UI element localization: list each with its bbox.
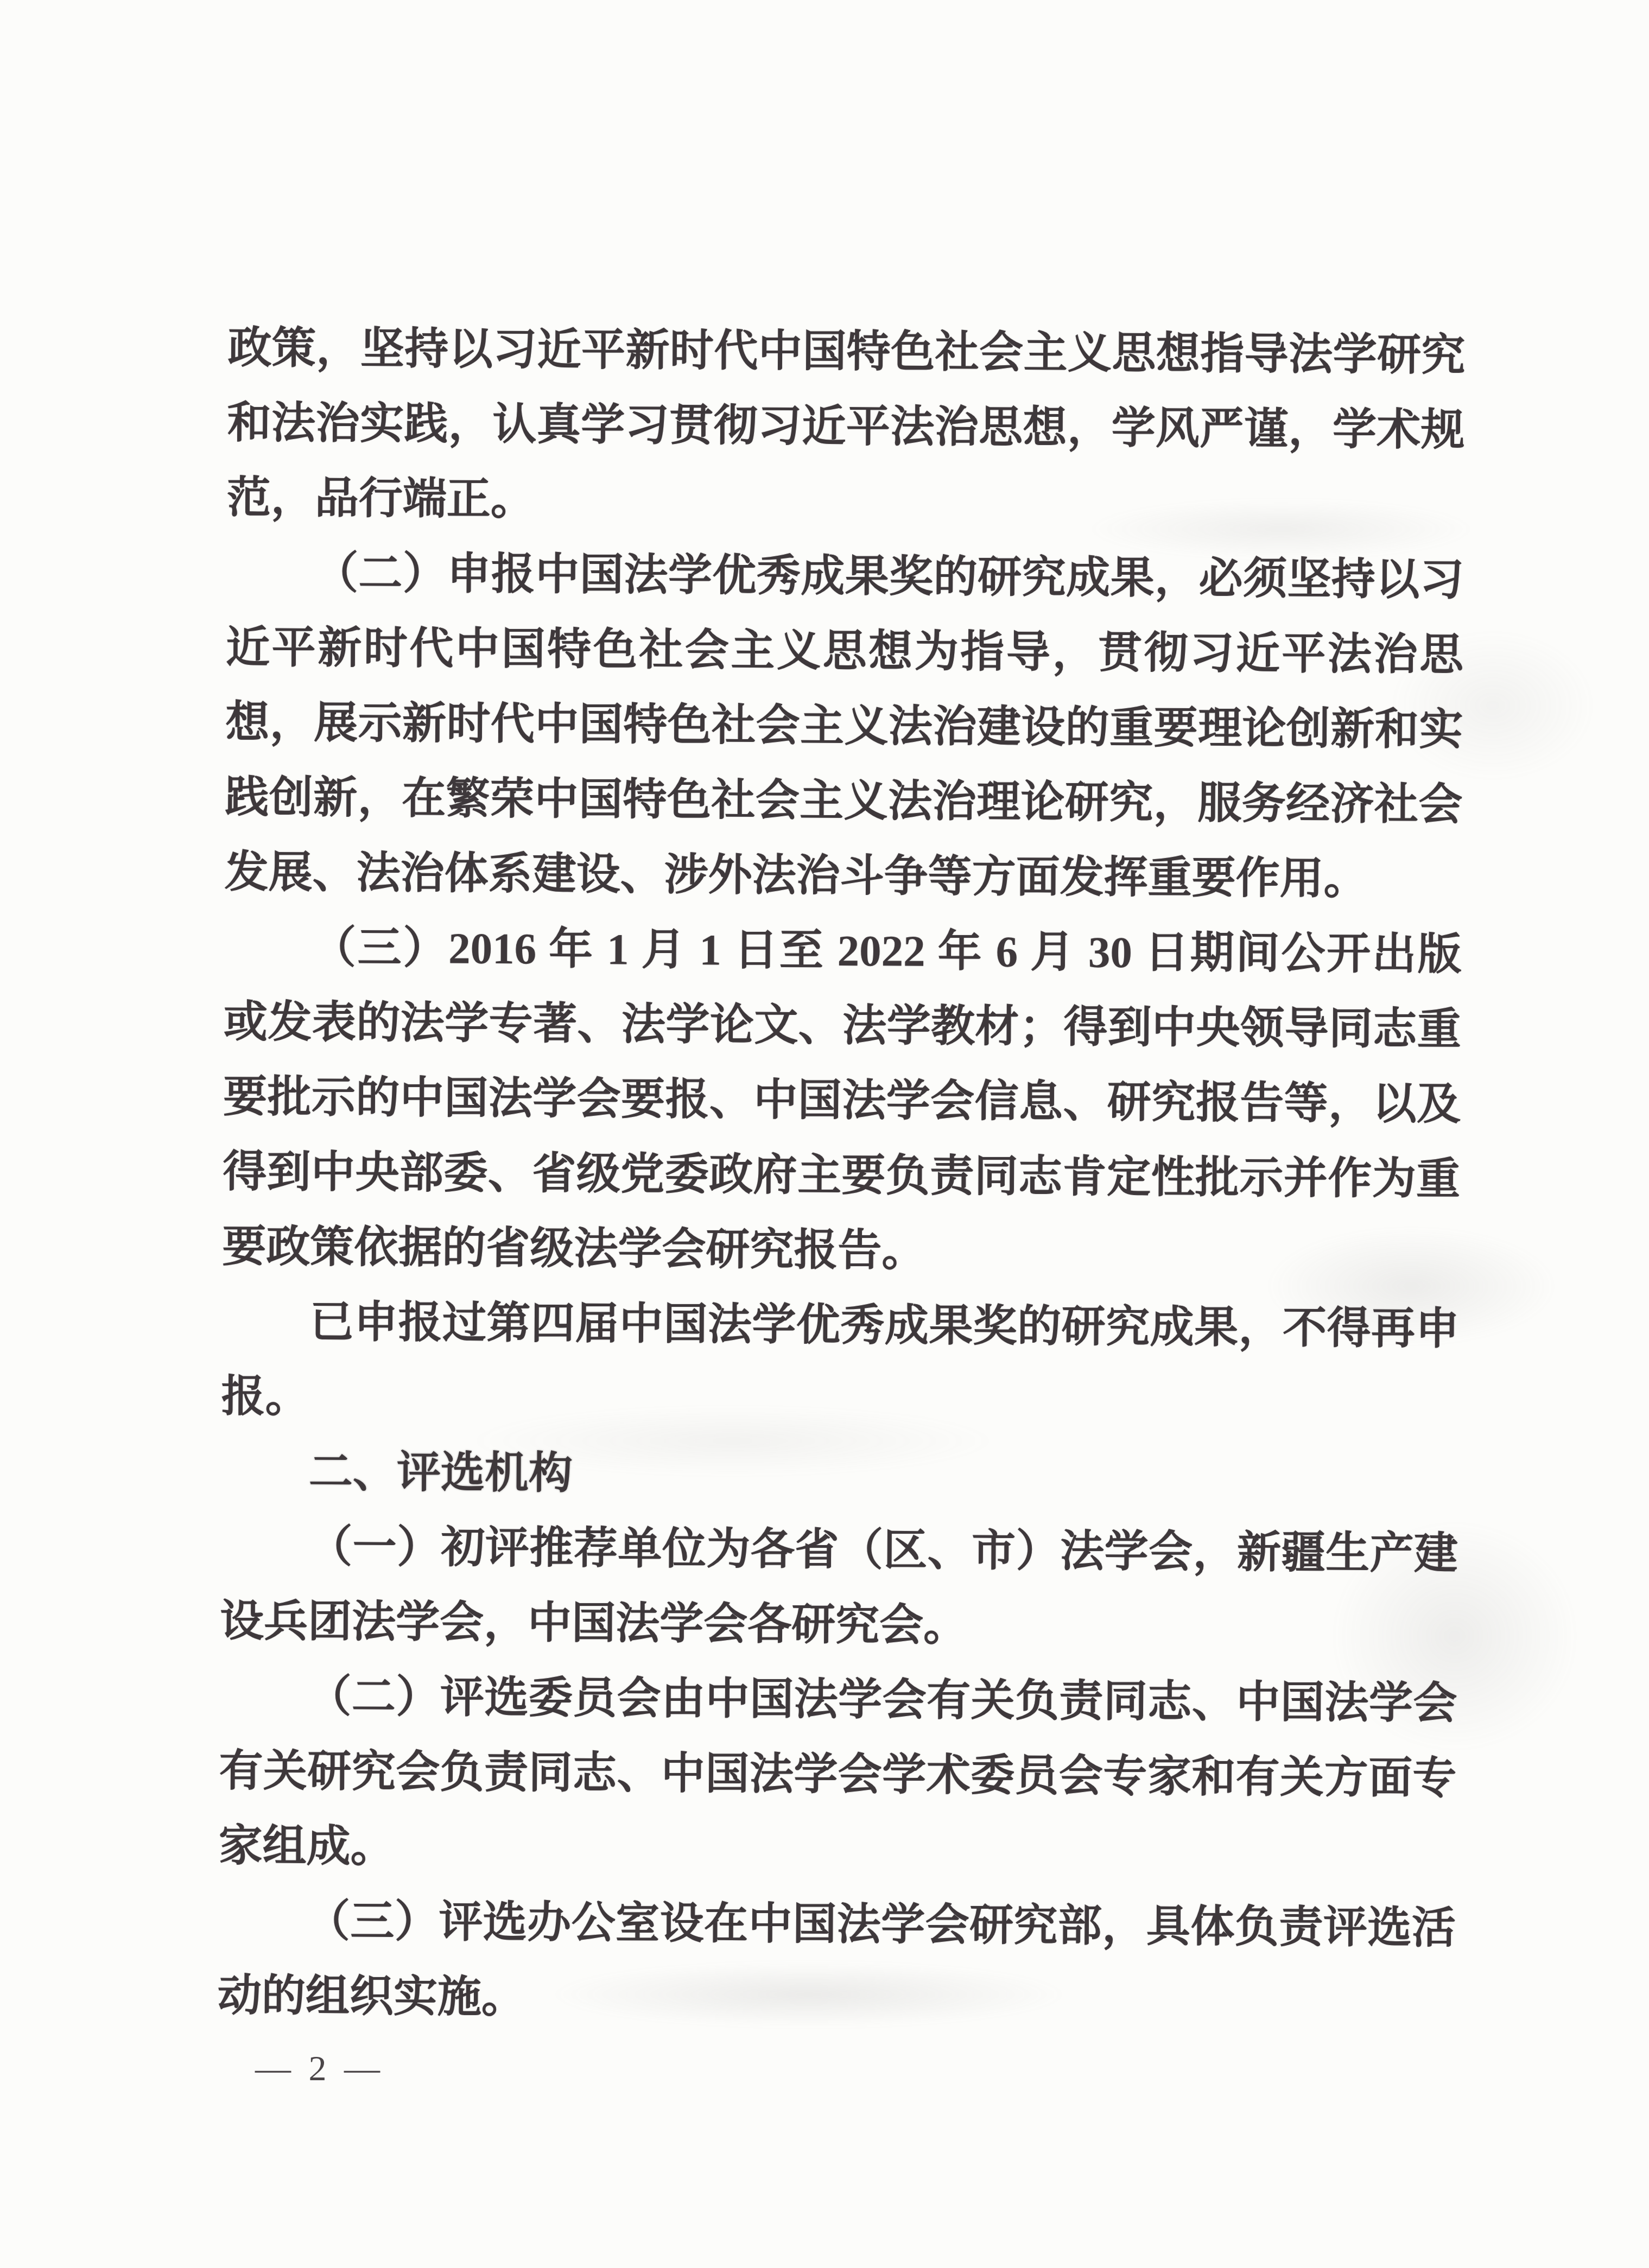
text-line: 想，展示新时代中国特色社会主义法治建设的重要理论创新和实	[225, 685, 1463, 767]
text-line: （一）初评推荐单位为各省（区、市）法学会，新疆生产建	[220, 1509, 1458, 1591]
page-number: — 2 —	[255, 2042, 384, 2096]
text-line: 动的组织实施。	[218, 1958, 1456, 2041]
text-line: 近平新时代中国特色社会主义思想为指导，贯彻习近平法治思	[226, 610, 1464, 693]
text-line: （二）评选委员会由中国法学会有关负责同志、中国法学会	[219, 1659, 1457, 1741]
text-line: 发展、法治体系建设、涉外法治斗争等方面发挥重要作用。	[224, 835, 1462, 917]
text-line: 和法治实践，认真学习贯彻习近平法治思想，学风严谨，学术规	[227, 385, 1465, 468]
text-line: 要批示的中国法学会要报、中国法学会信息、研究报告等，以及	[223, 1059, 1461, 1142]
text-line: 有关研究会负责同志、中国法学会学术委员会专家和有关方面专	[219, 1733, 1457, 1816]
text-line: 践创新，在繁荣中国特色社会主义法治理论研究，服务经济社会	[225, 760, 1463, 842]
text-line: 要政策依据的省级法学会研究报告。	[222, 1209, 1460, 1292]
text-line: （二）申报中国法学优秀成果奖的研究成果，必须坚持以习	[226, 535, 1464, 618]
text-line: 已申报过第四届中国法学优秀成果奖的研究成果，不得再申	[221, 1284, 1460, 1367]
text-line: 政策，坚持以习近平新时代中国特色社会主义思想指导法学研究	[227, 310, 1466, 393]
text-line: 得到中央部委、省级党委政府主要负责同志肯定性批示并作为重	[223, 1134, 1461, 1217]
text-line: （三）评选办公室设在中国法学会研究部，具体负责评选活	[218, 1883, 1456, 1966]
section-heading: 二、评选机构	[221, 1434, 1459, 1516]
document-page: 政策，坚持以习近平新时代中国特色社会主义思想指导法学研究 和法治实践，认真学习贯…	[0, 0, 1649, 2268]
text-line: 报。	[221, 1359, 1459, 1441]
text-line: （三）2016 年 1 月 1 日至 2022 年 6 月 30 日期间公开出版	[224, 910, 1462, 992]
text-line: 范，品行端正。	[226, 460, 1464, 543]
text-line: 设兵团法学会，中国法学会各研究会。	[220, 1584, 1458, 1666]
text-line: 家组成。	[218, 1808, 1456, 1891]
text-line: 或发表的法学专著、法学论文、法学教材；得到中央领导同志重	[224, 984, 1462, 1067]
document-body: 政策，坚持以习近平新时代中国特色社会主义思想指导法学研究 和法治实践，认真学习贯…	[218, 310, 1466, 2041]
